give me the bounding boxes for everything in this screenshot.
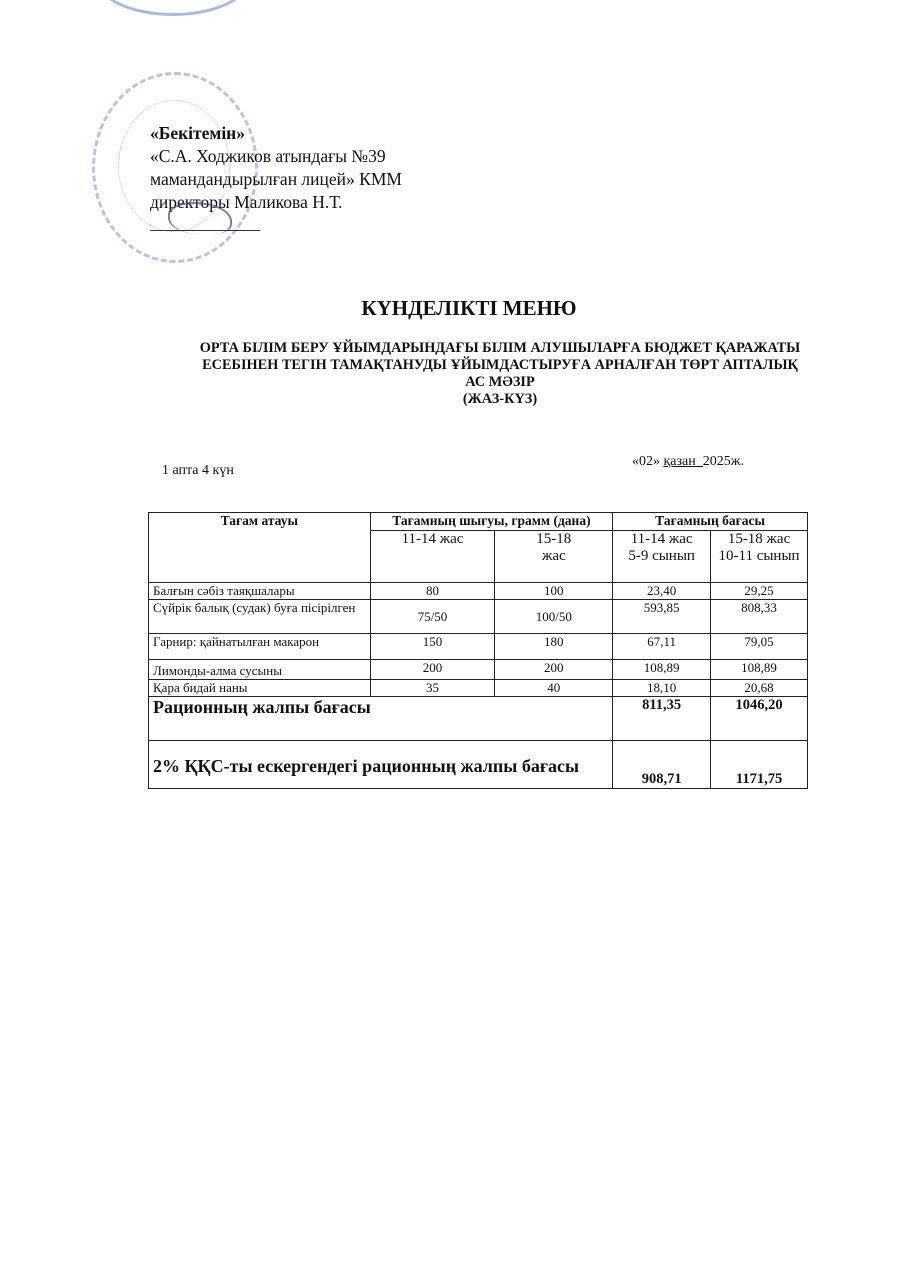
yield-15-18: 40 bbox=[495, 680, 613, 697]
date-month: қазан bbox=[664, 454, 696, 469]
dish-name: Балғын сәбіз таяқшалары bbox=[149, 583, 371, 600]
stamp-top-fragment bbox=[95, 0, 251, 16]
approval-heading: «Бекітемін» bbox=[150, 122, 402, 145]
yield-15-18: 100 bbox=[495, 583, 613, 600]
yield-11-14: 35 bbox=[370, 680, 495, 697]
table-row: Гарнир: қайнатылған макарон 150 180 67,1… bbox=[149, 634, 808, 660]
approval-line-2: мамандандырылған лицей» КММ bbox=[150, 168, 402, 191]
total-vat-price-11-14: 908,71 bbox=[613, 741, 711, 789]
yield-15-18: 200 bbox=[495, 660, 613, 680]
price-11-14: 23,40 bbox=[613, 583, 711, 600]
price-11-14: 593,85 bbox=[613, 600, 711, 634]
total-price-11-14: 811,35 bbox=[613, 697, 711, 741]
price-15-18: 29,25 bbox=[711, 583, 808, 600]
subtitle-line-1: ОРТА БІЛІМ БЕРУ ҰЙЫМДАРЫНДАҒЫ БІЛІМ АЛУШ… bbox=[170, 340, 830, 357]
subtitle-line-2: ЕСЕБІНЕН ТЕГІН ТАМАҚТАНУДЫ ҰЙЫМДАСТЫРУҒА… bbox=[170, 357, 830, 374]
approval-line-1: «С.А. Ходжиков атындағы №39 bbox=[150, 145, 402, 168]
price-15-18: 108,89 bbox=[711, 660, 808, 680]
date-day: «02» bbox=[632, 454, 660, 469]
total-vat-row: 2% ҚҚС-ты ескергендегі рационның жалпы б… bbox=[149, 741, 808, 789]
page-title: КҮНДЕЛІКТІ МЕНЮ bbox=[0, 296, 898, 321]
total-label: Рационның жалпы бағасы bbox=[149, 697, 613, 741]
dish-name: Сүйрік балық (судак) буға пісірілген bbox=[149, 600, 371, 634]
subtitle: ОРТА БІЛІМ БЕРУ ҰЙЫМДАРЫНДАҒЫ БІЛІМ АЛУШ… bbox=[170, 340, 830, 408]
price-15-18: 808,33 bbox=[711, 600, 808, 634]
yield-11-14: 75/50 bbox=[370, 600, 495, 634]
header-price-11-14: 11-14 жас5-9 сынып bbox=[613, 531, 711, 583]
price-15-18: 20,68 bbox=[711, 680, 808, 697]
yield-15-18: 100/50 bbox=[495, 600, 613, 634]
price-11-14: 108,89 bbox=[613, 660, 711, 680]
total-vat-price-15-18: 1171,75 bbox=[711, 741, 808, 789]
header-yield: Тағамның шығуы, грамм (дана) bbox=[370, 513, 613, 531]
table-row: Балғын сәбіз таяқшалары 80 100 23,40 29,… bbox=[149, 583, 808, 600]
total-vat-label: 2% ҚҚС-ты ескергендегі рационның жалпы б… bbox=[149, 741, 613, 789]
signature-line bbox=[150, 230, 260, 231]
subtitle-line-3: АС МӘЗІР bbox=[170, 374, 830, 391]
price-15-18: 79,05 bbox=[711, 634, 808, 660]
yield-11-14: 80 bbox=[370, 583, 495, 600]
header-row: Тағам атауы Тағамның шығуы, грамм (дана)… bbox=[149, 513, 808, 531]
table-row: Сүйрік балық (судак) буға пісірілген 75/… bbox=[149, 600, 808, 634]
date-label: «02» қазан 2025ж. bbox=[632, 454, 744, 470]
subtitle-line-4: (ЖАЗ-КҮЗ) bbox=[170, 391, 830, 408]
header-dish-name: Тағам атауы bbox=[149, 513, 371, 583]
dish-name: Гарнир: қайнатылған макарон bbox=[149, 634, 371, 660]
date-year: 2025ж. bbox=[703, 454, 744, 469]
yield-15-18: 180 bbox=[495, 634, 613, 660]
table-row: Лимонды-алма сусыны 200 200 108,89 108,8… bbox=[149, 660, 808, 680]
total-price-15-18: 1046,20 bbox=[711, 697, 808, 741]
total-row: Рационның жалпы бағасы 811,35 1046,20 bbox=[149, 697, 808, 741]
yield-11-14: 150 bbox=[370, 634, 495, 660]
menu-table: Тағам атауы Тағамның шығуы, грамм (дана)… bbox=[148, 512, 808, 789]
price-11-14: 67,11 bbox=[613, 634, 711, 660]
dish-name: Лимонды-алма сусыны bbox=[149, 660, 371, 680]
approval-block: «Бекітемін» «С.А. Ходжиков атындағы №39 … bbox=[150, 122, 402, 214]
yield-11-14: 200 bbox=[370, 660, 495, 680]
week-day-label: 1 апта 4 күн bbox=[162, 463, 234, 479]
header-yield-11-14: 11-14 жас bbox=[370, 531, 495, 583]
header-price-15-18: 15-18 жас10-11 сынып bbox=[711, 531, 808, 583]
dish-name: Қара бидай наны bbox=[149, 680, 371, 697]
header-yield-15-18: 15-18жас bbox=[495, 531, 613, 583]
price-11-14: 18,10 bbox=[613, 680, 711, 697]
table-row: Қара бидай наны 35 40 18,10 20,68 bbox=[149, 680, 808, 697]
header-price: Тағамның бағасы bbox=[613, 513, 808, 531]
